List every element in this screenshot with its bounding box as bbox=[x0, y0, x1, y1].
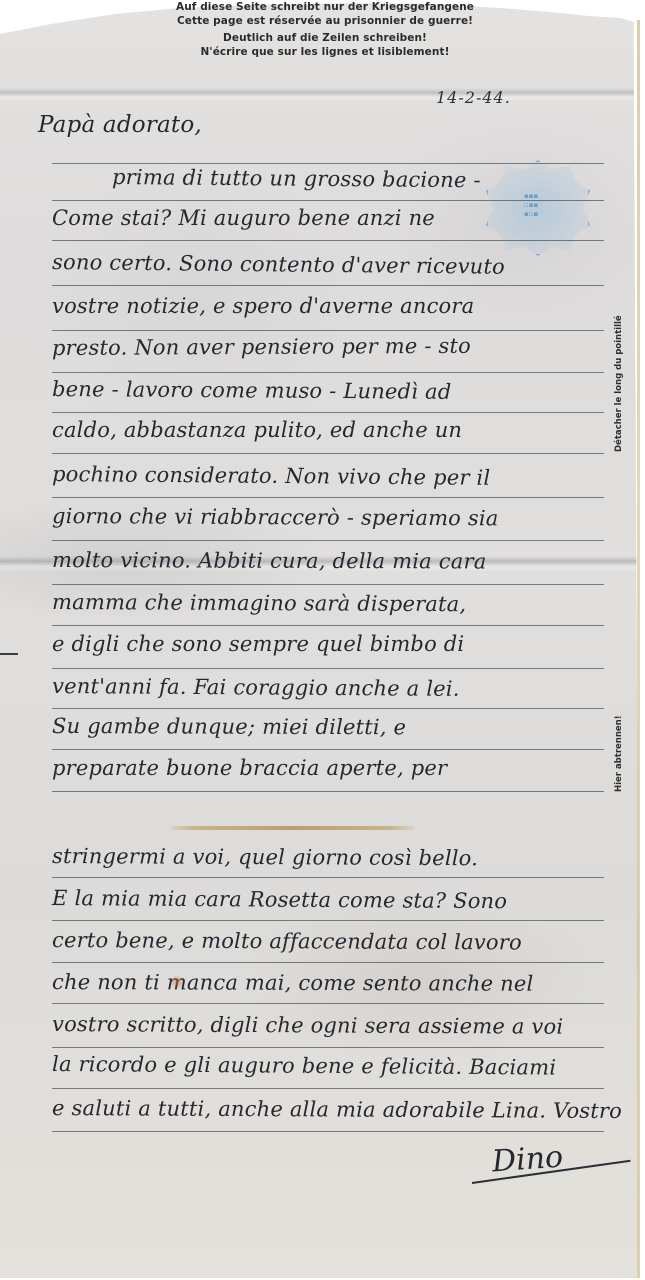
handwritten-line: stringermi a voi, quel giorno così bello… bbox=[52, 844, 612, 871]
ruled-line bbox=[52, 791, 604, 792]
ruled-line bbox=[52, 200, 604, 201]
margin-mark bbox=[0, 653, 18, 655]
ruled-line bbox=[52, 240, 604, 241]
header-line-german: Auf diese Seite schreibt nur der Kriegsg… bbox=[150, 0, 500, 14]
ruled-line bbox=[52, 1088, 604, 1089]
handwritten-line: E la mia mia cara Rosetta come sta? Sono bbox=[52, 886, 612, 914]
letter-scan: Auf diese Seite schreibt nur der Kriegsg… bbox=[0, 0, 645, 1280]
ruled-line bbox=[52, 1003, 604, 1004]
ruled-line bbox=[52, 584, 604, 585]
paper-edge bbox=[637, 20, 640, 1278]
header-instruction-german: Deutlich auf die Zeilen schreiben! bbox=[150, 31, 500, 45]
handwritten-line: preparate buone braccia aperte, per bbox=[52, 756, 612, 780]
ruled-line bbox=[52, 625, 604, 626]
ruled-line bbox=[52, 708, 604, 709]
detach-label: Détacher le long du pointillé bbox=[614, 315, 624, 452]
handwritten-line: molto vicino. Abbiti cura, della mia car… bbox=[52, 548, 612, 574]
ruled-line bbox=[52, 962, 604, 963]
ruled-line bbox=[52, 330, 604, 331]
letter-salutation: Papà adorato, bbox=[38, 112, 598, 138]
ruled-line bbox=[52, 1131, 604, 1132]
handwritten-line: vostre notizie, e spero d'averne ancora bbox=[52, 294, 612, 318]
handwritten-line: che non ti manca mai, come sento anche n… bbox=[52, 970, 612, 996]
ruled-line bbox=[52, 163, 604, 164]
handwritten-line: giorno che vi riabbraccerò - speriamo si… bbox=[52, 504, 612, 531]
separate-label: Hier abtrennen! bbox=[614, 715, 624, 792]
handwritten-line: prima di tutto un grosso bacione - bbox=[112, 165, 645, 194]
handwritten-line: Su gambe dunque; miei diletti, e bbox=[52, 714, 612, 740]
ruled-line bbox=[52, 285, 604, 286]
rust-stain bbox=[170, 975, 184, 989]
handwritten-line: bene - lavoro come muso - Lunedì ad bbox=[52, 377, 612, 405]
ruled-line bbox=[52, 540, 604, 541]
ruled-line bbox=[52, 412, 604, 413]
handwritten-line: mamma che immagino sarà disperata, bbox=[52, 590, 612, 617]
letter-date: 14-2-44. bbox=[436, 88, 511, 107]
ruled-line bbox=[52, 453, 604, 454]
handwritten-line: certo bene, e molto affaccendata col lav… bbox=[52, 928, 612, 955]
ruled-line bbox=[52, 920, 604, 921]
ruled-line bbox=[52, 372, 604, 373]
handwritten-line: e digli che sono sempre quel bimbo di bbox=[52, 632, 612, 656]
ruled-line bbox=[52, 1047, 604, 1048]
handwritten-line: caldo, abbastanza pulito, ed anche un bbox=[52, 418, 612, 442]
ruled-line bbox=[52, 668, 604, 669]
ruled-line bbox=[52, 497, 604, 498]
handwritten-line: presto. Non aver pensiero per me - sto bbox=[52, 333, 612, 360]
handwritten-line: Come stai? Mi auguro bene anzi ne bbox=[52, 206, 612, 230]
handwritten-line: vent'anni fa. Fai coraggio anche a lei. bbox=[52, 674, 612, 702]
ruled-line bbox=[52, 877, 604, 878]
header-instruction-french: N'écrire que sur les lignes et lisibleme… bbox=[150, 45, 500, 59]
paper-tear bbox=[170, 826, 415, 830]
ruled-line bbox=[52, 749, 604, 750]
handwritten-line: vostro scritto, digli che ogni sera assi… bbox=[52, 1012, 612, 1039]
printed-header: Auf diese Seite schreibt nur der Kriegsg… bbox=[150, 0, 500, 59]
handwritten-line: la ricordo e gli auguro bene e felicità.… bbox=[52, 1052, 612, 1080]
handwritten-line: pochino considerato. Non vivo che per il bbox=[52, 462, 612, 491]
handwritten-line: e saluti a tutti, anche alla mia adorabi… bbox=[52, 1096, 612, 1123]
header-line-french: Cette page est réservée au prisonnier de… bbox=[150, 14, 500, 28]
